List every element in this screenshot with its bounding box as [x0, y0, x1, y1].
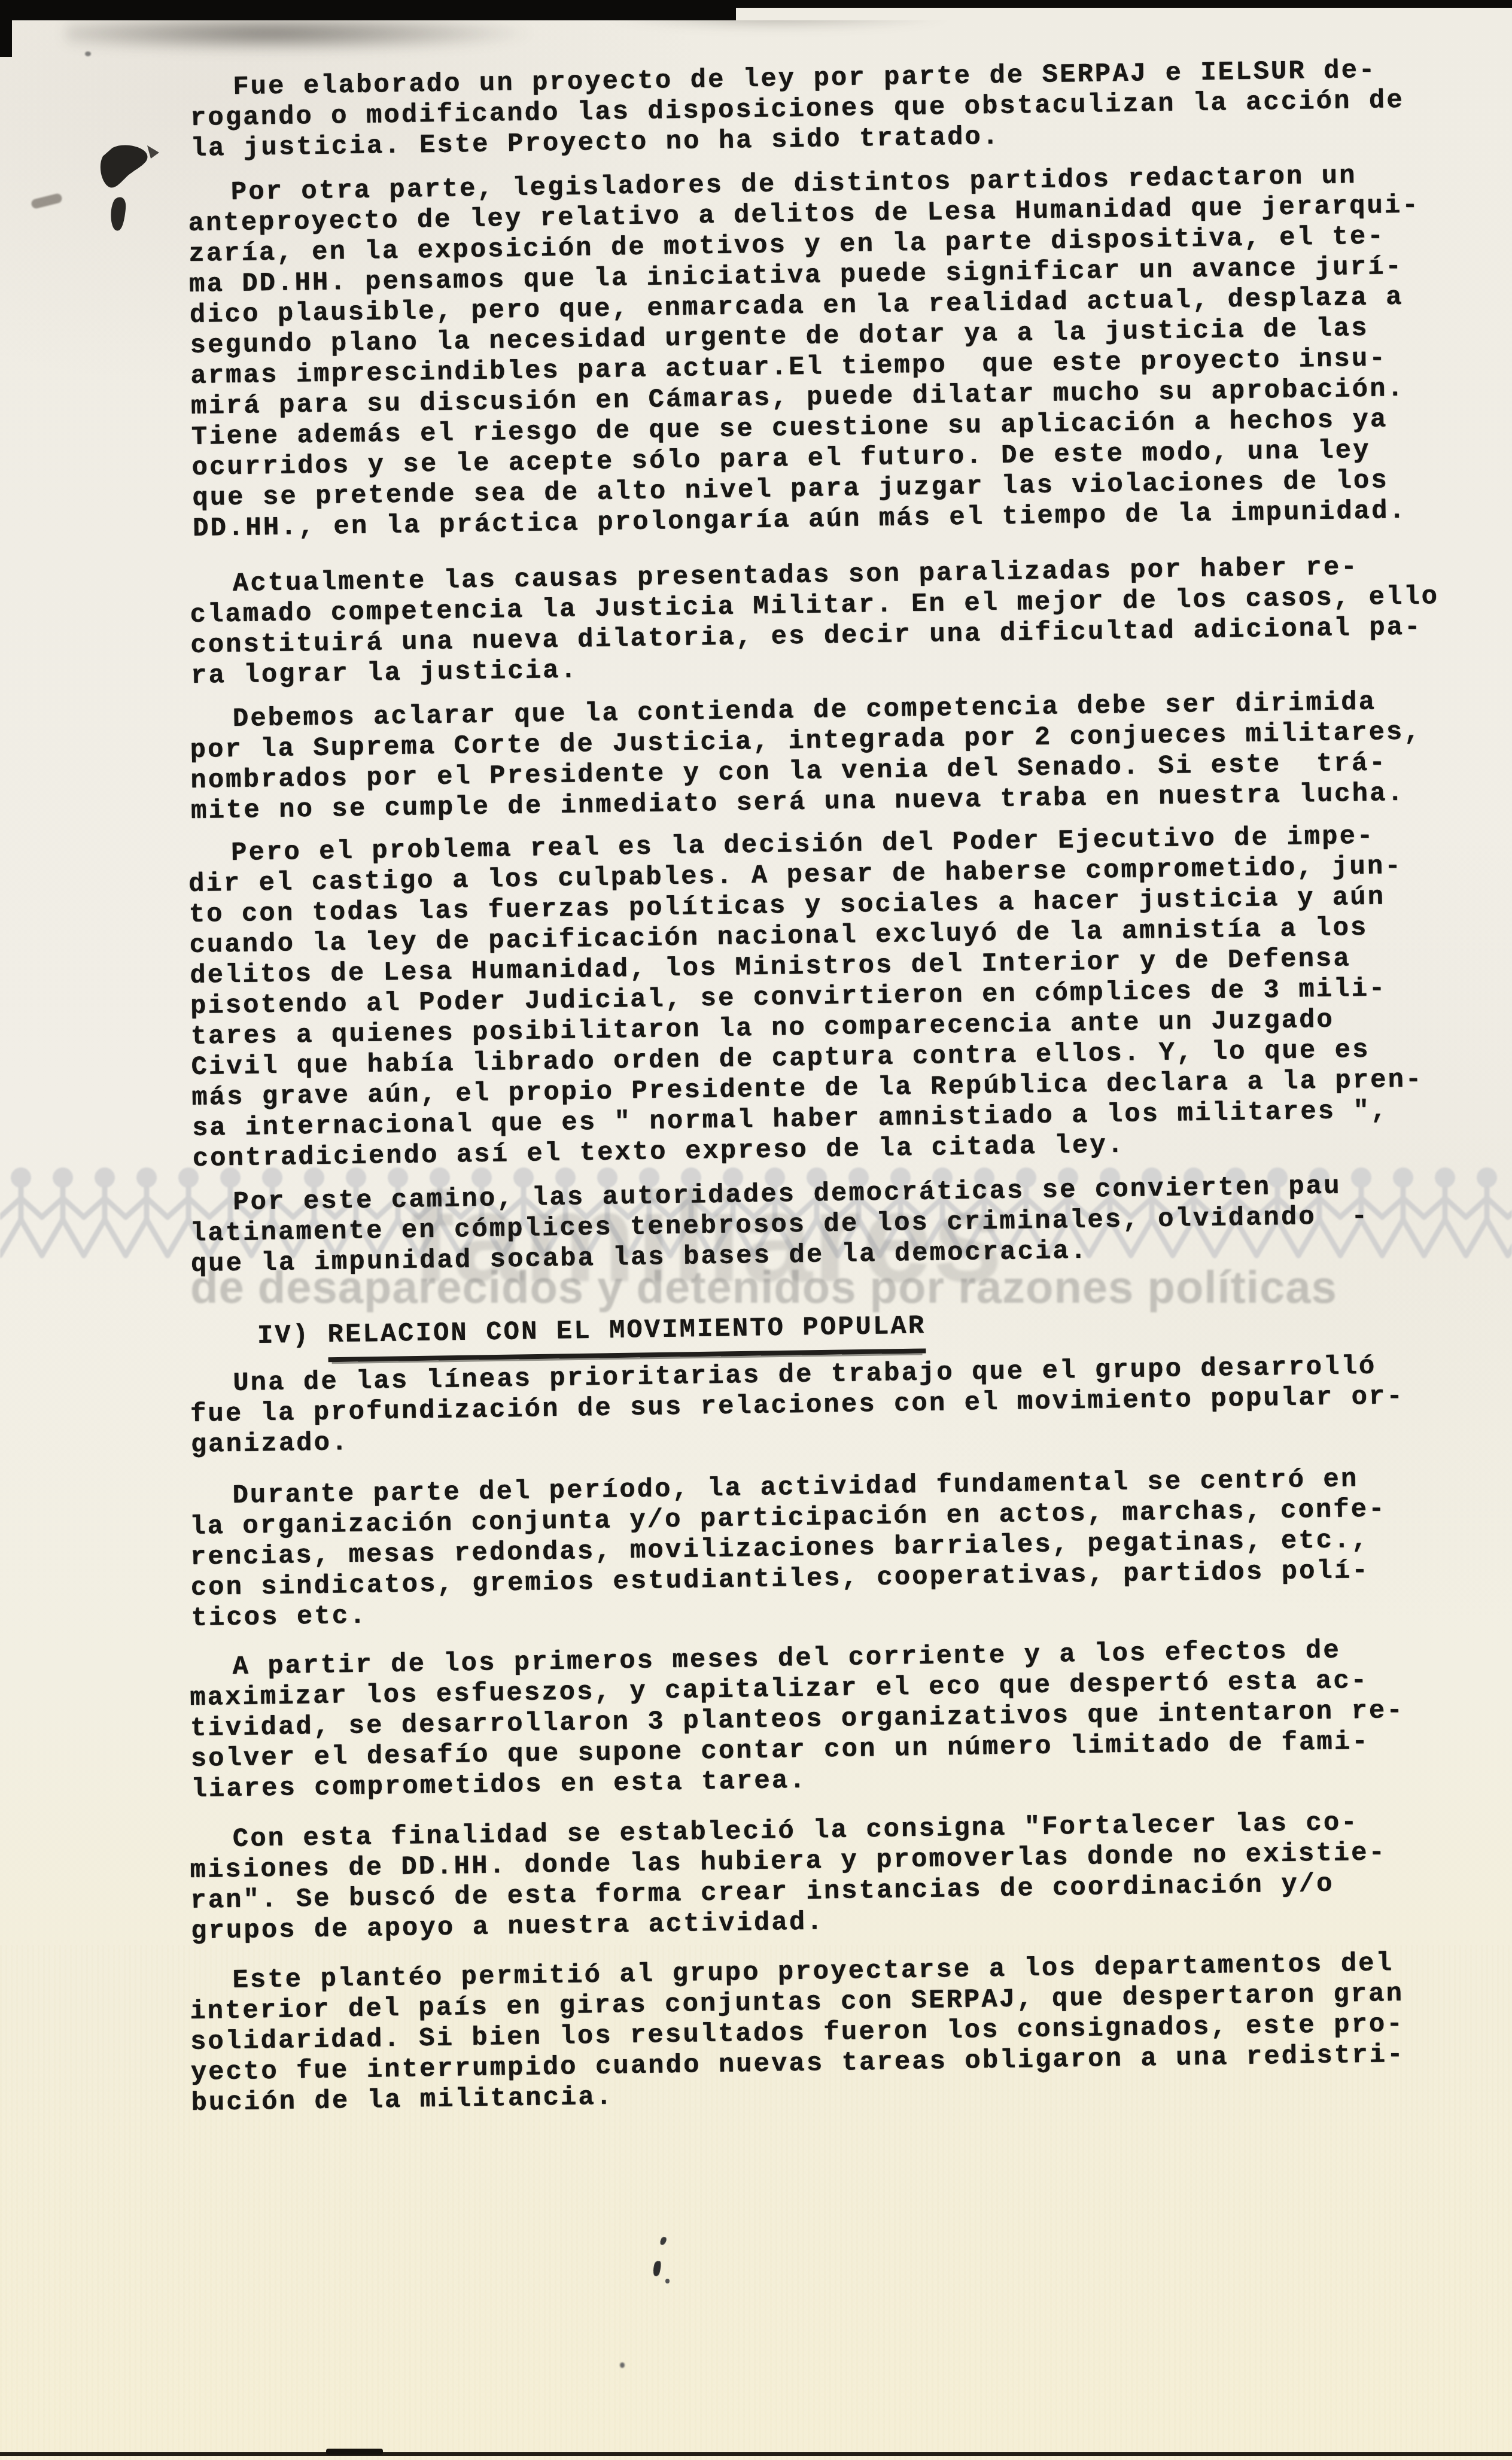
ink-blob-mark — [90, 129, 168, 242]
ink-speck — [652, 2260, 662, 2277]
paragraph: Por otra parte, legisladores de distinto… — [187, 159, 1479, 545]
ink-speck — [620, 2362, 625, 2368]
scan-bottom-blob — [326, 2449, 383, 2455]
scan-bottom-edge-bar — [0, 2452, 1512, 2456]
paragraph: Durante parte del período, la actividad … — [189, 1462, 1478, 1634]
paragraph: Pero el problema real es la decisión del… — [188, 820, 1479, 1175]
ink-speck — [659, 2236, 667, 2246]
ink-speck — [665, 2279, 670, 2283]
scan-left-edge — [0, 0, 12, 57]
paragraph: Actualmente las causas presentadas son p… — [189, 551, 1477, 692]
scan-top-edge-thin — [736, 8, 1512, 20]
scan-smudge — [66, 14, 652, 61]
paragraph: A partir de los primeros meses del corri… — [189, 1634, 1478, 1805]
paragraph: Por este camino, las autoridades democrá… — [190, 1169, 1477, 1280]
section-title: RELACION CON EL MOVIMIENTO POPULAR — [327, 1311, 926, 1362]
pencil-dash-mark — [31, 193, 63, 209]
section-number: IV) — [257, 1320, 328, 1351]
paragraph: Este plantéo permitió al grupo proyectar… — [189, 1947, 1478, 2119]
scanned-document-page: familiares de desaparecidos y detenidos … — [0, 0, 1512, 2460]
paragraph: Con esta finalidad se estableció la cons… — [189, 1806, 1477, 1947]
section-heading: IV) RELACION CON EL MOVIMIENTO POPULAR — [257, 1302, 1512, 1352]
paragraph: Fue elaborado un proyecto de ley por par… — [190, 54, 1477, 165]
paragraph: Una de las líneas prioritarias de trabaj… — [190, 1350, 1477, 1461]
paragraph: Debemos aclarar que la contienda de comp… — [189, 686, 1477, 827]
